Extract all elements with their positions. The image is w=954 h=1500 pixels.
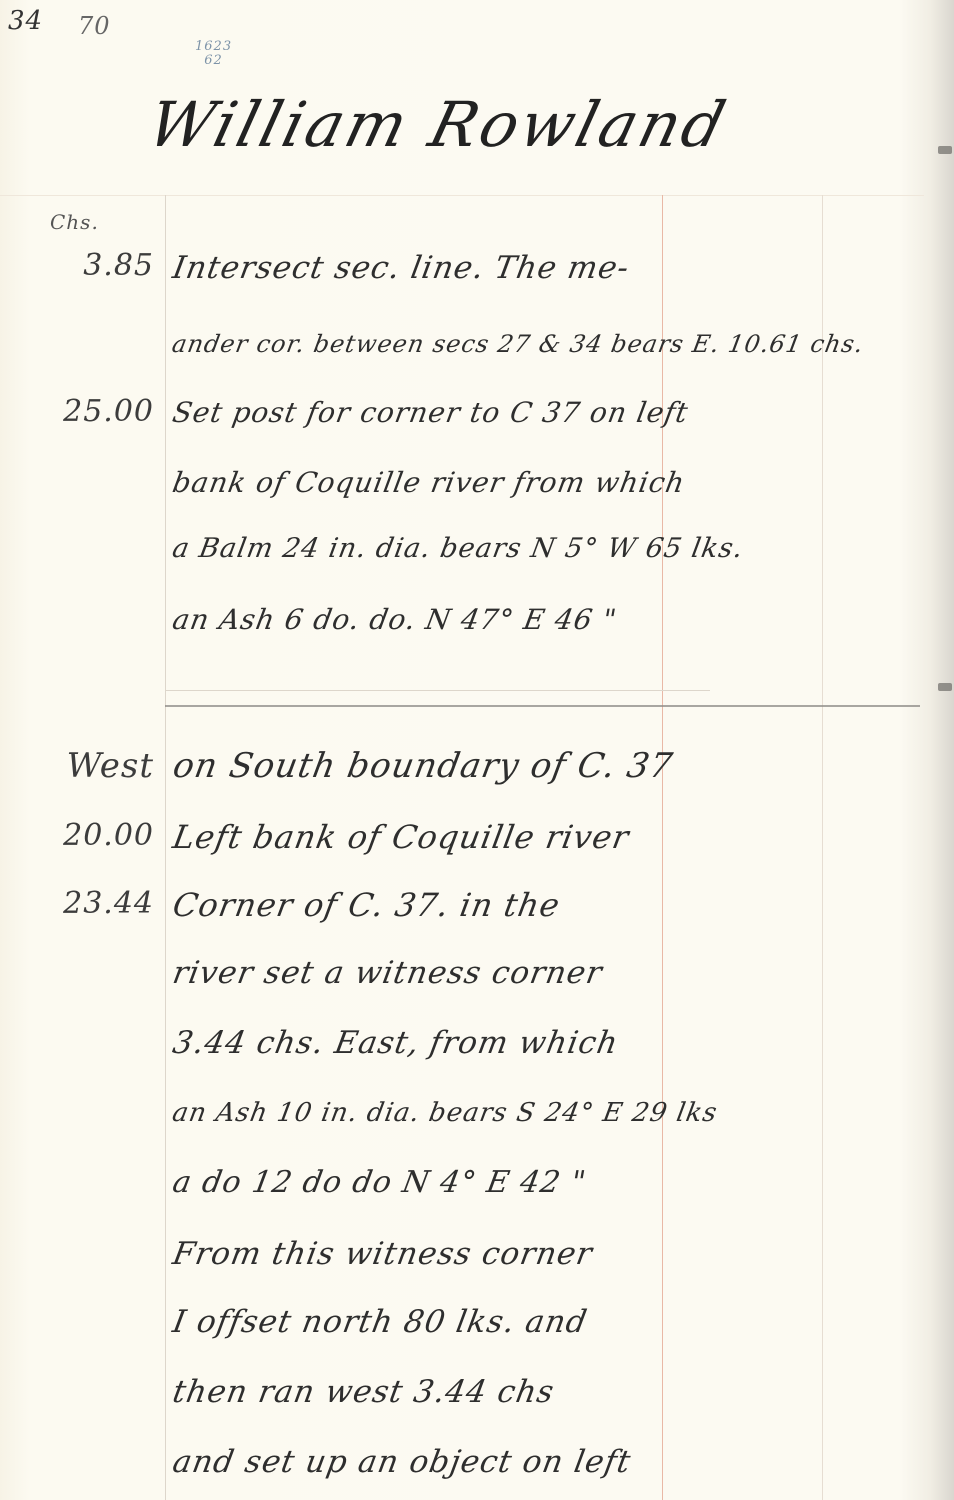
- note-line: and set up an object on left: [170, 1444, 634, 1480]
- top-rule: [0, 195, 924, 196]
- note-line: ander cor. between secs 27 & 34 bears E.…: [170, 330, 866, 358]
- distance-value: 25.00: [24, 394, 154, 429]
- note-line: Corner of C. 37. in the: [170, 886, 563, 924]
- box-bottom-rule: [165, 690, 710, 691]
- note-line: then ran west 3.44 chs: [170, 1374, 557, 1410]
- archive-stamp: 1623 62: [195, 40, 232, 68]
- note-line: on South boundary of C. 37: [170, 746, 676, 786]
- page-number: 34: [8, 6, 43, 36]
- distance-value: 20.00: [24, 818, 154, 853]
- distance-value: 23.44: [24, 886, 154, 921]
- section-divider: [165, 705, 920, 707]
- binding-mark: [938, 146, 952, 154]
- note-line: Set post for corner to C 37 on left: [170, 396, 691, 429]
- note-line: Intersect sec. line. The me-: [170, 250, 632, 286]
- note-line: From this witness corner: [170, 1236, 596, 1272]
- bearing-label: West: [24, 746, 154, 786]
- note-line: an Ash 10 in. dia. bears S 24° E 29 lks: [170, 1098, 720, 1128]
- red-column-rule: [662, 195, 663, 1500]
- note-line: a do 12 do do N 4° E 42 ": [170, 1165, 589, 1200]
- note-line: I offset north 80 lks. and: [170, 1304, 590, 1340]
- distance-value: 3.85: [24, 248, 154, 283]
- stamp-line: 62: [195, 54, 232, 68]
- unit-label: Chs.: [50, 210, 99, 234]
- note-line: a Balm 24 in. dia. bears N 5° W 65 lks.: [170, 533, 746, 564]
- note-line: an Ash 6 do. do. N 47° E 46 ": [170, 603, 620, 636]
- margin-rule: [165, 195, 166, 1500]
- note-line: bank of Coquille river from which: [170, 466, 688, 499]
- page-reference: 70: [78, 12, 111, 40]
- note-line: 3.44 chs. East, from which: [170, 1025, 621, 1061]
- document-title: William Rowland: [141, 88, 735, 161]
- binding-mark: [938, 683, 952, 691]
- right-column-rule: [822, 195, 823, 1500]
- stamp-line: 1623: [195, 40, 232, 54]
- ledger-page: 34 70 1623 62 William Rowland Chs. 3.85 …: [0, 0, 954, 1500]
- note-line: river set a witness corner: [170, 955, 605, 991]
- note-line: Left bank of Coquille river: [170, 818, 632, 856]
